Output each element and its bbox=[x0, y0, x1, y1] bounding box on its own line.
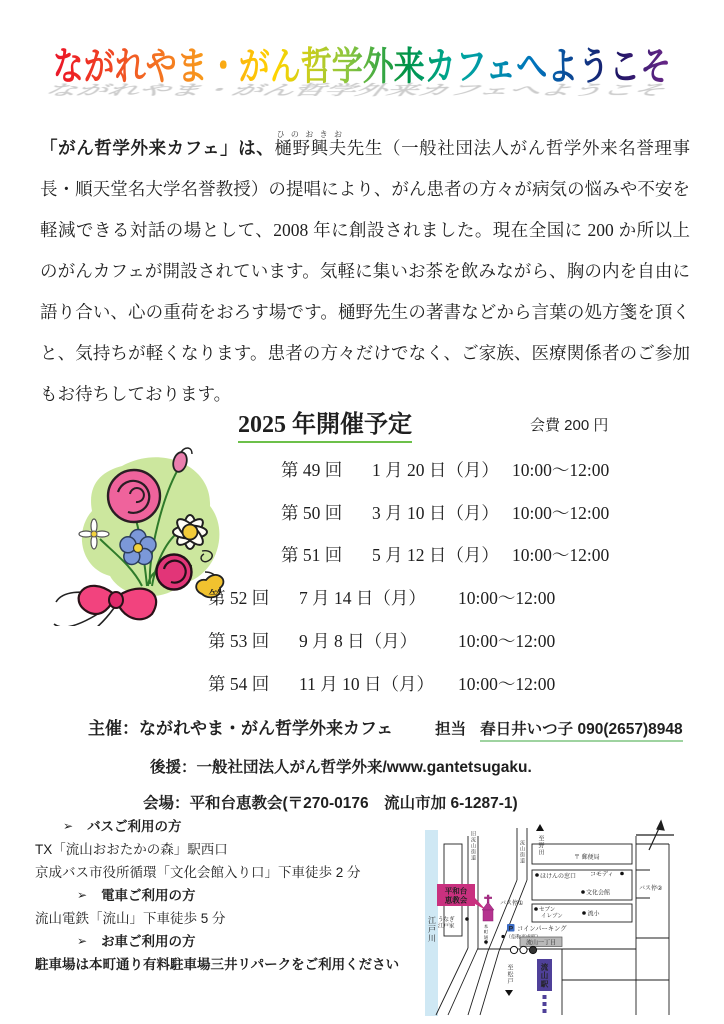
access-line: TX「流山おおたかの森」駅西口 bbox=[35, 838, 427, 861]
elementary-school-label: 流小 bbox=[588, 910, 601, 918]
to-noda-label: 至野田 bbox=[537, 834, 544, 856]
access-line-parking: 駐車場は本町通り有料駐車場三井リパークをご利用ください bbox=[35, 953, 427, 976]
church-name-line2: 恵教会 bbox=[445, 895, 468, 905]
bus-stop-1-label: バス停① bbox=[500, 899, 523, 907]
schedule-row: 第 51 回 5 月 12 日（月） 10:00～12:00 bbox=[281, 534, 724, 577]
parking-label: コインパーキング bbox=[517, 925, 567, 933]
arrow-bullet-icon: ➢ bbox=[63, 815, 73, 838]
post-office-label: 〒 郵便局 bbox=[574, 853, 600, 861]
intro-paragraph: 「がん哲学外来カフェ」は、樋野興夫ひのおきお先生（一般社団法人がん哲学外来名誉理… bbox=[40, 128, 690, 415]
river-label: 江戸川 bbox=[428, 916, 437, 943]
ruby-furigana: ひのおきお bbox=[274, 130, 346, 139]
schedule-row: 第 49 回 1 月 20 日（月） 10:00～12:00 bbox=[281, 448, 724, 491]
hoken-label: ほけんの窓口 bbox=[540, 872, 576, 880]
parking-p-icon: P bbox=[509, 925, 514, 932]
intro-lead: 「がん哲学外来カフェ」は、 bbox=[40, 138, 274, 158]
fee-label: 会費 200 円 bbox=[530, 414, 608, 435]
session-number: 第 53 回 bbox=[208, 628, 299, 653]
session-time: 10:00～12:00 bbox=[512, 500, 609, 525]
page-title: ながれやま・がん哲学外来カフェへようこそ bbox=[0, 34, 724, 90]
session-time: 10:00～12:00 bbox=[458, 585, 555, 610]
session-date: 5 月 12 日（月） bbox=[372, 542, 512, 567]
support-line: 後援：一般社団法人がん哲学外来/www.gantetsugaku. bbox=[150, 755, 532, 777]
ruby-base: 樋野興夫 bbox=[274, 138, 346, 158]
seven-eleven-label: セブン bbox=[539, 905, 555, 913]
session-date: 3 月 10 日（月） bbox=[372, 500, 512, 525]
host-label: 主催：ながれやま・がん哲学外来カフェ bbox=[88, 714, 393, 739]
schedule-table: 第 49 回 1 月 20 日（月） 10:00～12:00 第 50 回 3 … bbox=[0, 448, 724, 705]
station-label: 流山駅 bbox=[540, 962, 549, 989]
session-time: 10:00～12:00 bbox=[512, 457, 609, 482]
session-date: 7 月 14 日（月） bbox=[299, 585, 439, 610]
arrow-bullet-icon: ➢ bbox=[77, 884, 87, 907]
session-date: 11 月 10 日（月） bbox=[299, 671, 439, 696]
access-header-car: ➢ お車ご利用の方 bbox=[35, 930, 427, 953]
access-map: 江戸川 至野田 至松戸 旧流山街道 流山街道 本町通り 〒 郵便局 ほけんの窓口 bbox=[424, 818, 724, 1018]
session-number: 第 49 回 bbox=[281, 457, 372, 482]
kaido-label: 流山街道 bbox=[519, 839, 525, 864]
schedule-heading: 2025 年開催予定 bbox=[238, 404, 412, 443]
seven-eleven-label2: イレブン bbox=[541, 912, 563, 920]
access-line: 京成バス市役所循環「文化会館入り口」下車徒歩 2 分 bbox=[35, 861, 427, 884]
access-header-train: ➢ 電車ご利用の方 bbox=[35, 884, 427, 907]
session-number: 第 54 回 bbox=[208, 671, 299, 696]
access-header-label: 電車ご利用の方 bbox=[101, 884, 196, 907]
access-header-bus: ➢ バスご利用の方 bbox=[35, 815, 427, 838]
access-header-label: バスご利用の方 bbox=[87, 815, 182, 838]
venue-line: 会場：平和台恵教会(〒270-0176 流山市加 6-1287-1) bbox=[143, 791, 518, 813]
bus-stop-2-label: バス停② bbox=[639, 884, 663, 892]
contact-label: 担当 bbox=[435, 717, 466, 739]
session-date: 9 月 8 日（月） bbox=[299, 628, 439, 653]
session-time: 10:00～12:00 bbox=[512, 542, 609, 567]
flyer-title-block: ながれやま・がん哲学外来カフェへようこそ ながれやま・がん哲学外来カフェへようこ… bbox=[0, 40, 724, 112]
schedule-row: 第 52 回 7 月 14 日（月） 10:00～12:00 bbox=[208, 576, 724, 619]
arrow-bullet-icon: ➢ bbox=[77, 930, 87, 953]
itchome-label: 流山一丁目 bbox=[526, 939, 556, 947]
access-line: 流山電鉄「流山」下車徒歩 5 分 bbox=[35, 907, 427, 930]
schedule-row: 第 54 回 11 月 10 日（月） 10:00～12:00 bbox=[208, 662, 724, 705]
schedule-row: 第 50 回 3 月 10 日（月） 10:00～12:00 bbox=[281, 491, 724, 534]
church-name-line1: 平和台 bbox=[445, 886, 468, 896]
session-date: 1 月 20 日（月） bbox=[372, 457, 512, 482]
contact-name-phone: 春日井いつ子 090(2657)8948 bbox=[480, 717, 682, 742]
session-number: 第 52 回 bbox=[208, 585, 299, 610]
railway-crossing-icon bbox=[510, 946, 536, 953]
session-time: 10:00～12:00 bbox=[458, 628, 555, 653]
unagi-label: うなぎ bbox=[438, 915, 455, 923]
bunka-kaikan-label: 文化会館 bbox=[586, 889, 610, 897]
session-number: 第 50 回 bbox=[281, 500, 372, 525]
access-info: ➢ バスご利用の方 TX「流山おおたかの森」駅西口 京成バス市役所循環「文化会館… bbox=[35, 815, 427, 976]
to-matsudo-label: 至松戸 bbox=[506, 963, 513, 985]
komodi-label: コモディ bbox=[590, 871, 614, 878]
organizer-line: 主催：ながれやま・がん哲学外来カフェ 担当 春日井いつ子 090(2657)89… bbox=[88, 714, 683, 742]
session-number: 第 51 回 bbox=[281, 542, 372, 567]
intro-body: 先生（一般社団法人がん哲学外来名誉理事長・順天堂名大学名誉教授）の提唱により、が… bbox=[40, 138, 690, 404]
hino-okio-ruby: 樋野興夫ひのおきお bbox=[274, 138, 346, 158]
session-time: 10:00～12:00 bbox=[458, 671, 555, 696]
unagi-label2: 江戸家 bbox=[438, 922, 455, 930]
schedule-row: 第 53 回 9 月 8 日（月） 10:00～12:00 bbox=[208, 619, 724, 662]
old-kaido-label: 旧流山街道 bbox=[470, 830, 476, 861]
access-header-label: お車ご利用の方 bbox=[101, 930, 196, 953]
